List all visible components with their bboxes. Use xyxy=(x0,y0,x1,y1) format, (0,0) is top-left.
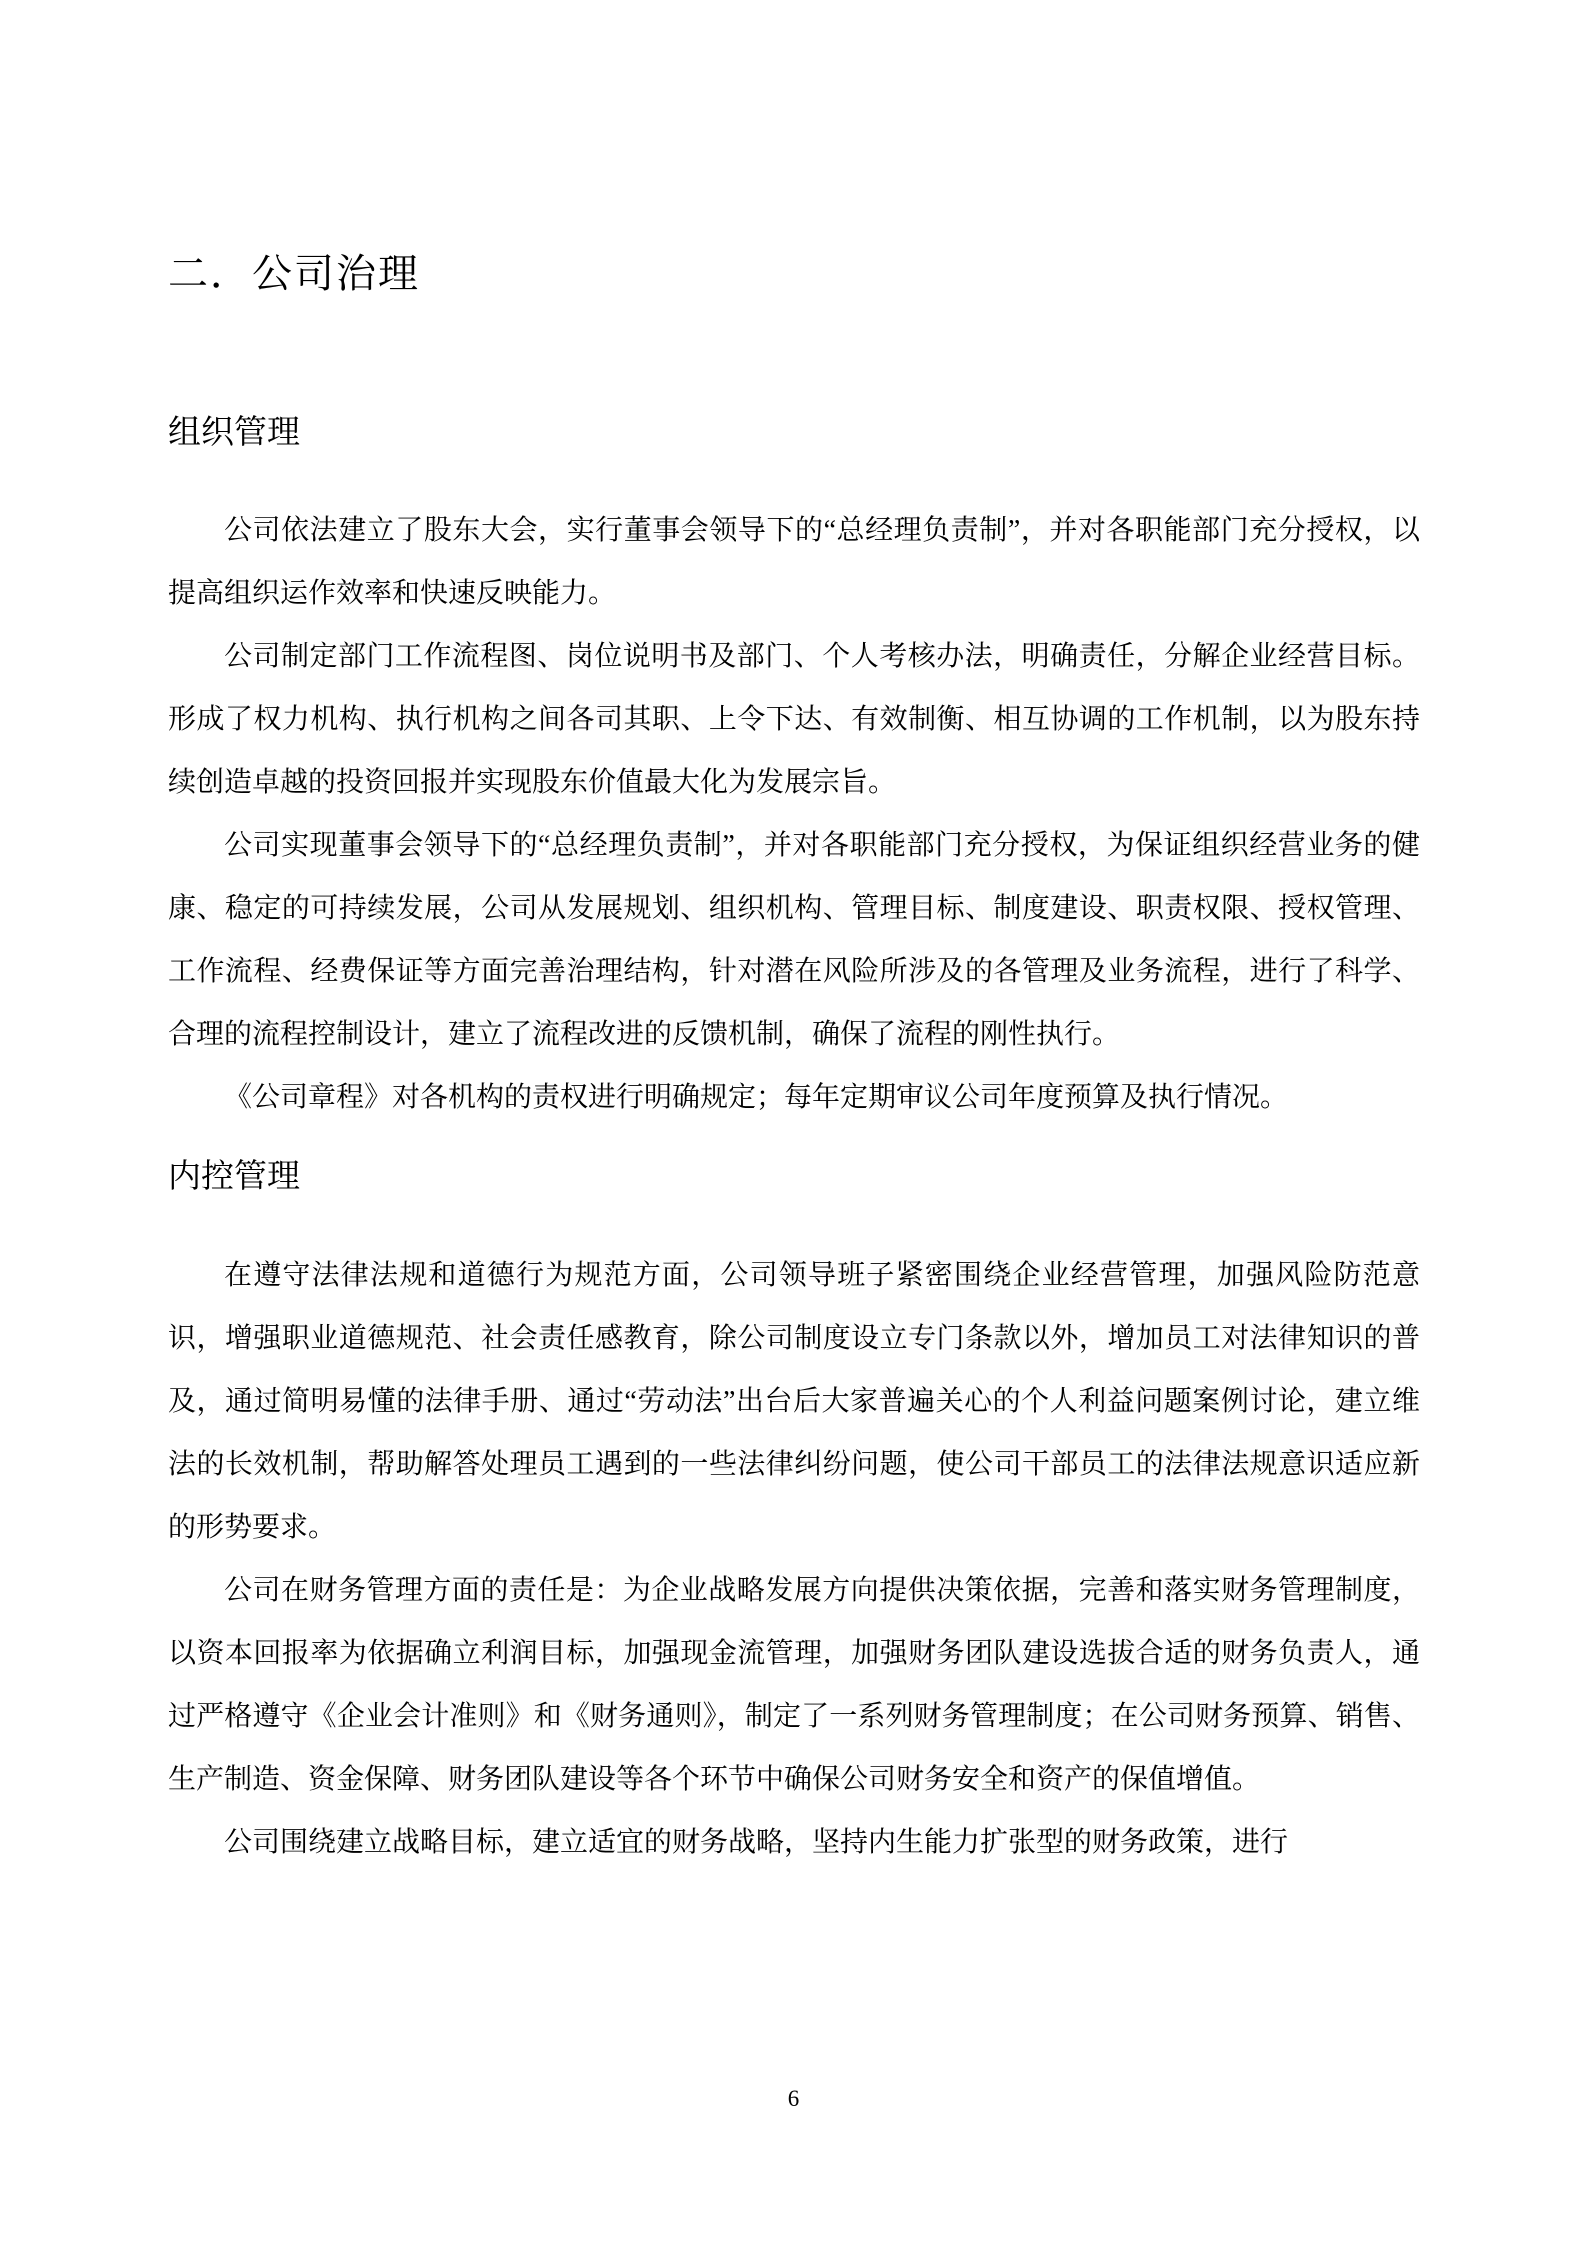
section-heading-organization: 组织管理 xyxy=(168,413,1420,453)
section-heading-internal-control: 内控管理 xyxy=(168,1157,1420,1197)
paragraph: 公司制定部门工作流程图、岗位说明书及部门、个人考核办法，明确责任，分解企业经营目… xyxy=(168,625,1420,814)
paragraph: 《公司章程》对各机构的责权进行明确规定；每年定期审议公司年度预算及执行情况。 xyxy=(168,1066,1420,1129)
page-number: 6 xyxy=(0,2085,1587,2113)
paragraph: 公司依法建立了股东大会，实行董事会领导下的“总经理负责制”，并对各职能部门充分授… xyxy=(168,499,1420,625)
section-internal-control: 内控管理 在遵守法律法规和道德行为规范方面，公司领导班子紧密围绕企业经营管理，加… xyxy=(168,1157,1420,1874)
paragraph: 公司实现董事会领导下的“总经理负责制”，并对各职能部门充分授权，为保证组织经营业… xyxy=(168,814,1420,1066)
page-title: 二．公司治理 xyxy=(168,250,1420,298)
paragraph: 在遵守法律法规和道德行为规范方面，公司领导班子紧密围绕企业经营管理，加强风险防范… xyxy=(168,1244,1420,1559)
section-organization-management: 组织管理 公司依法建立了股东大会，实行董事会领导下的“总经理负责制”，并对各职能… xyxy=(168,413,1420,1129)
document-page: 二．公司治理 组织管理 公司依法建立了股东大会，实行董事会领导下的“总经理负责制… xyxy=(0,0,1587,2245)
page-content: 二．公司治理 组织管理 公司依法建立了股东大会，实行董事会领导下的“总经理负责制… xyxy=(168,0,1420,1874)
paragraph: 公司在财务管理方面的责任是：为企业战略发展方向提供决策依据，完善和落实财务管理制… xyxy=(168,1559,1420,1811)
paragraph: 公司围绕建立战略目标，建立适宜的财务战略，坚持内生能力扩张型的财务政策，进行 xyxy=(168,1811,1420,1874)
